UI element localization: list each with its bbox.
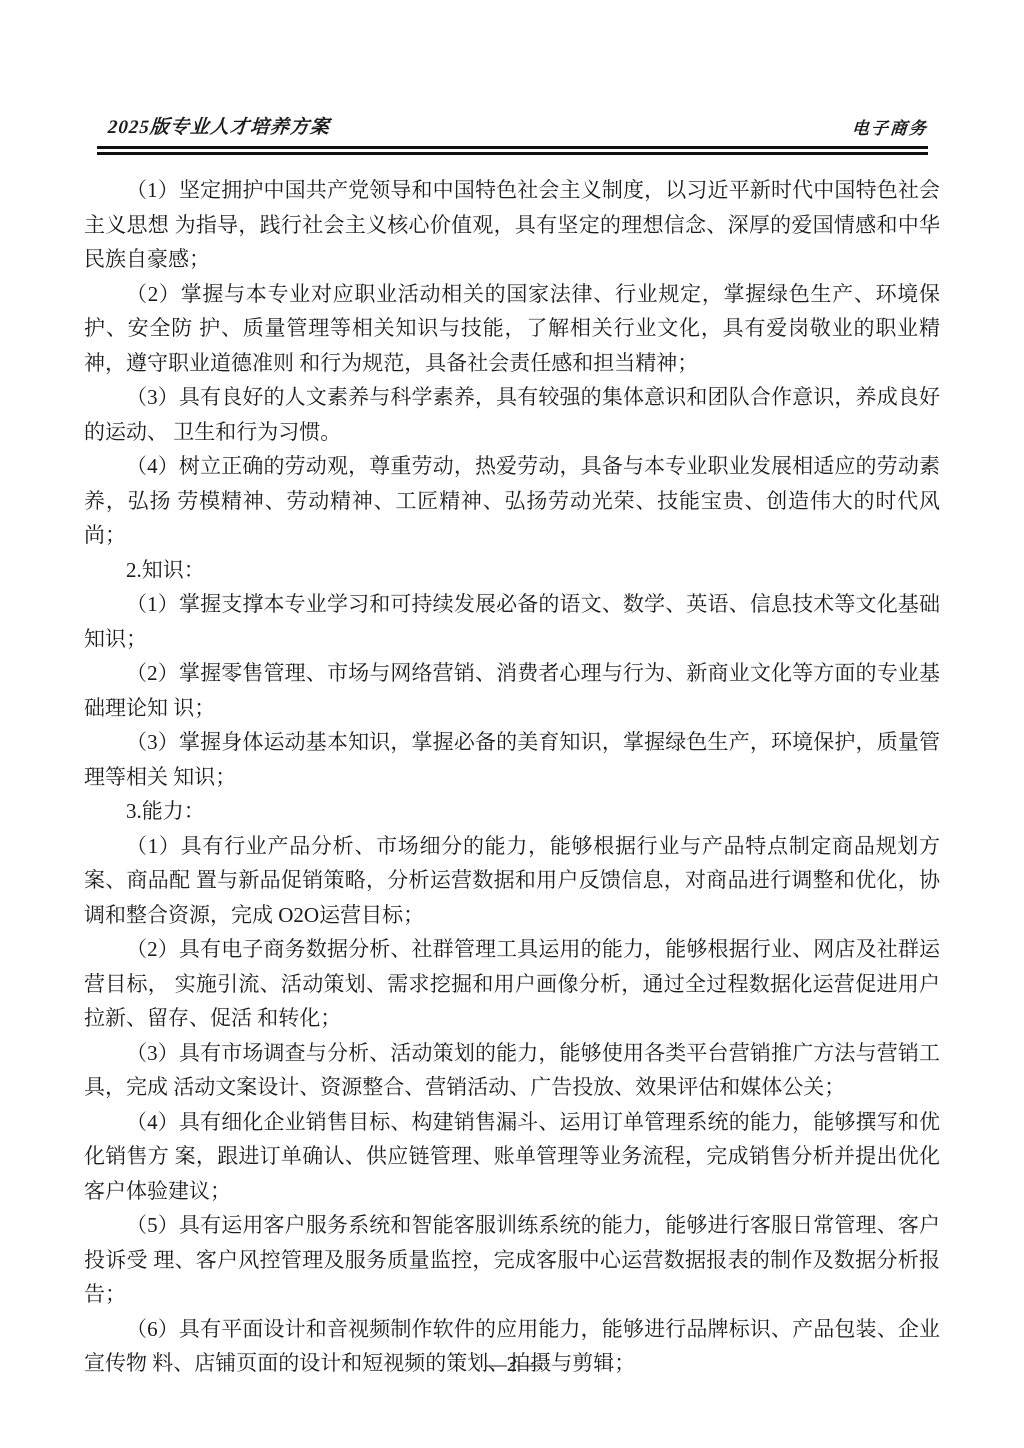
paragraph: （1）坚定拥护中国共产党领导和中国特色社会主义制度，以习近平新时代中国特色社会主… (84, 173, 940, 277)
page-footer: —2— (0, 1352, 1024, 1377)
section-heading: 2.知识： (84, 553, 940, 588)
document-page: 2025版专业人才培养方案 电子商务 （1）坚定拥护中国共产党领导和中国特色社会… (0, 0, 1024, 1448)
paragraph: （4）树立正确的劳动观，尊重劳动，热爱劳动，具备与本专业职业发展相适应的劳动素养… (84, 449, 940, 553)
paragraph: （3）掌握身体运动基本知识，掌握必备的美育知识，掌握绿色生产，环境保护，质量管理… (84, 725, 940, 794)
header-right-title: 电子商务 (851, 114, 929, 139)
paragraph: （3）具有市场调查与分析、活动策划的能力，能够使用各类平台营销推广方法与营销工具… (84, 1036, 940, 1105)
paragraph: （5）具有运用客户服务系统和智能客服训练系统的能力，能够进行客服日常管理、客户投… (84, 1208, 940, 1312)
paragraph: （4）具有细化企业销售目标、构建销售漏斗、运用订单管理系统的能力，能够撰写和优化… (84, 1105, 940, 1209)
paragraph: （2）具有电子商务数据分析、社群管理工具运用的能力，能够根据行业、网店及社群运营… (84, 932, 940, 1036)
section-heading: 3.能力： (84, 794, 940, 829)
paragraph: （2）掌握零售管理、市场与网络营销、消费者心理与行为、新商业文化等方面的专业基础… (84, 656, 940, 725)
paragraph: （1）掌握支撑本专业学习和可持续发展必备的语文、数学、英语、信息技术等文化基础知… (84, 587, 940, 656)
header-divider-rule (97, 146, 928, 155)
document-body: （1）坚定拥护中国共产党领导和中国特色社会主义制度，以习近平新时代中国特色社会主… (84, 173, 940, 1381)
paragraph: （2）掌握与本专业对应职业活动相关的国家法律、行业规定，掌握绿色生产、环境保护、… (84, 277, 940, 381)
header-left-title: 2025版专业人才培养方案 (96, 112, 331, 139)
paragraph: （3）具有良好的人文素养与科学素养，具有较强的集体意识和团队合作意识，养成良好的… (84, 380, 940, 449)
paragraph: （1）具有行业产品分析、市场细分的能力，能够根据行业与产品特点制定商品规划方案、… (84, 829, 940, 933)
page-header: 2025版专业人才培养方案 电子商务 (97, 112, 928, 139)
page-number: —2— (486, 1352, 539, 1376)
